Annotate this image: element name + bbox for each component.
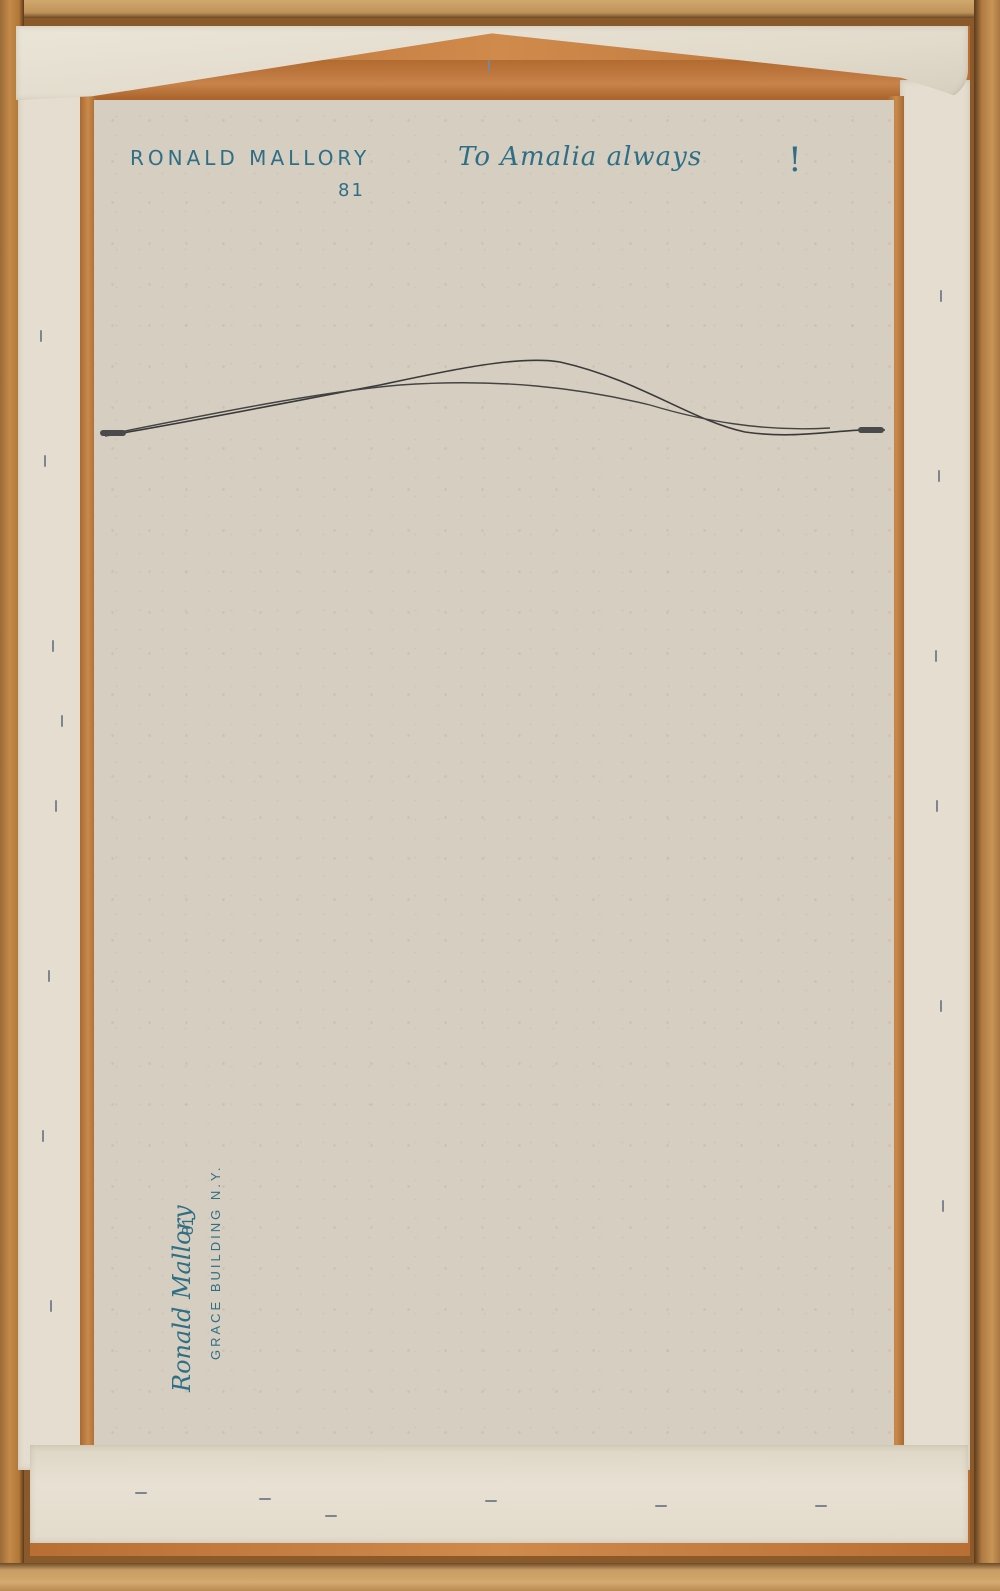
signature-year: 81 <box>180 1217 198 1235</box>
canvas-back-photo: RONALD MALLORY 81 To Amalia always ! Ron… <box>0 0 1000 1591</box>
dedication-exclamation: ! <box>788 140 804 180</box>
dedication-inscription: To Amalia always <box>458 142 702 172</box>
location-inscription: GRACE BUILDING N.Y. <box>208 1165 223 1360</box>
artist-name-inscription: RONALD MALLORY <box>130 146 370 170</box>
wire-anchor-left-icon <box>100 430 126 436</box>
hanging-wire <box>0 0 1000 1591</box>
wire-anchor-right-icon <box>858 427 884 433</box>
artist-year-inscription: 81 <box>338 180 365 201</box>
